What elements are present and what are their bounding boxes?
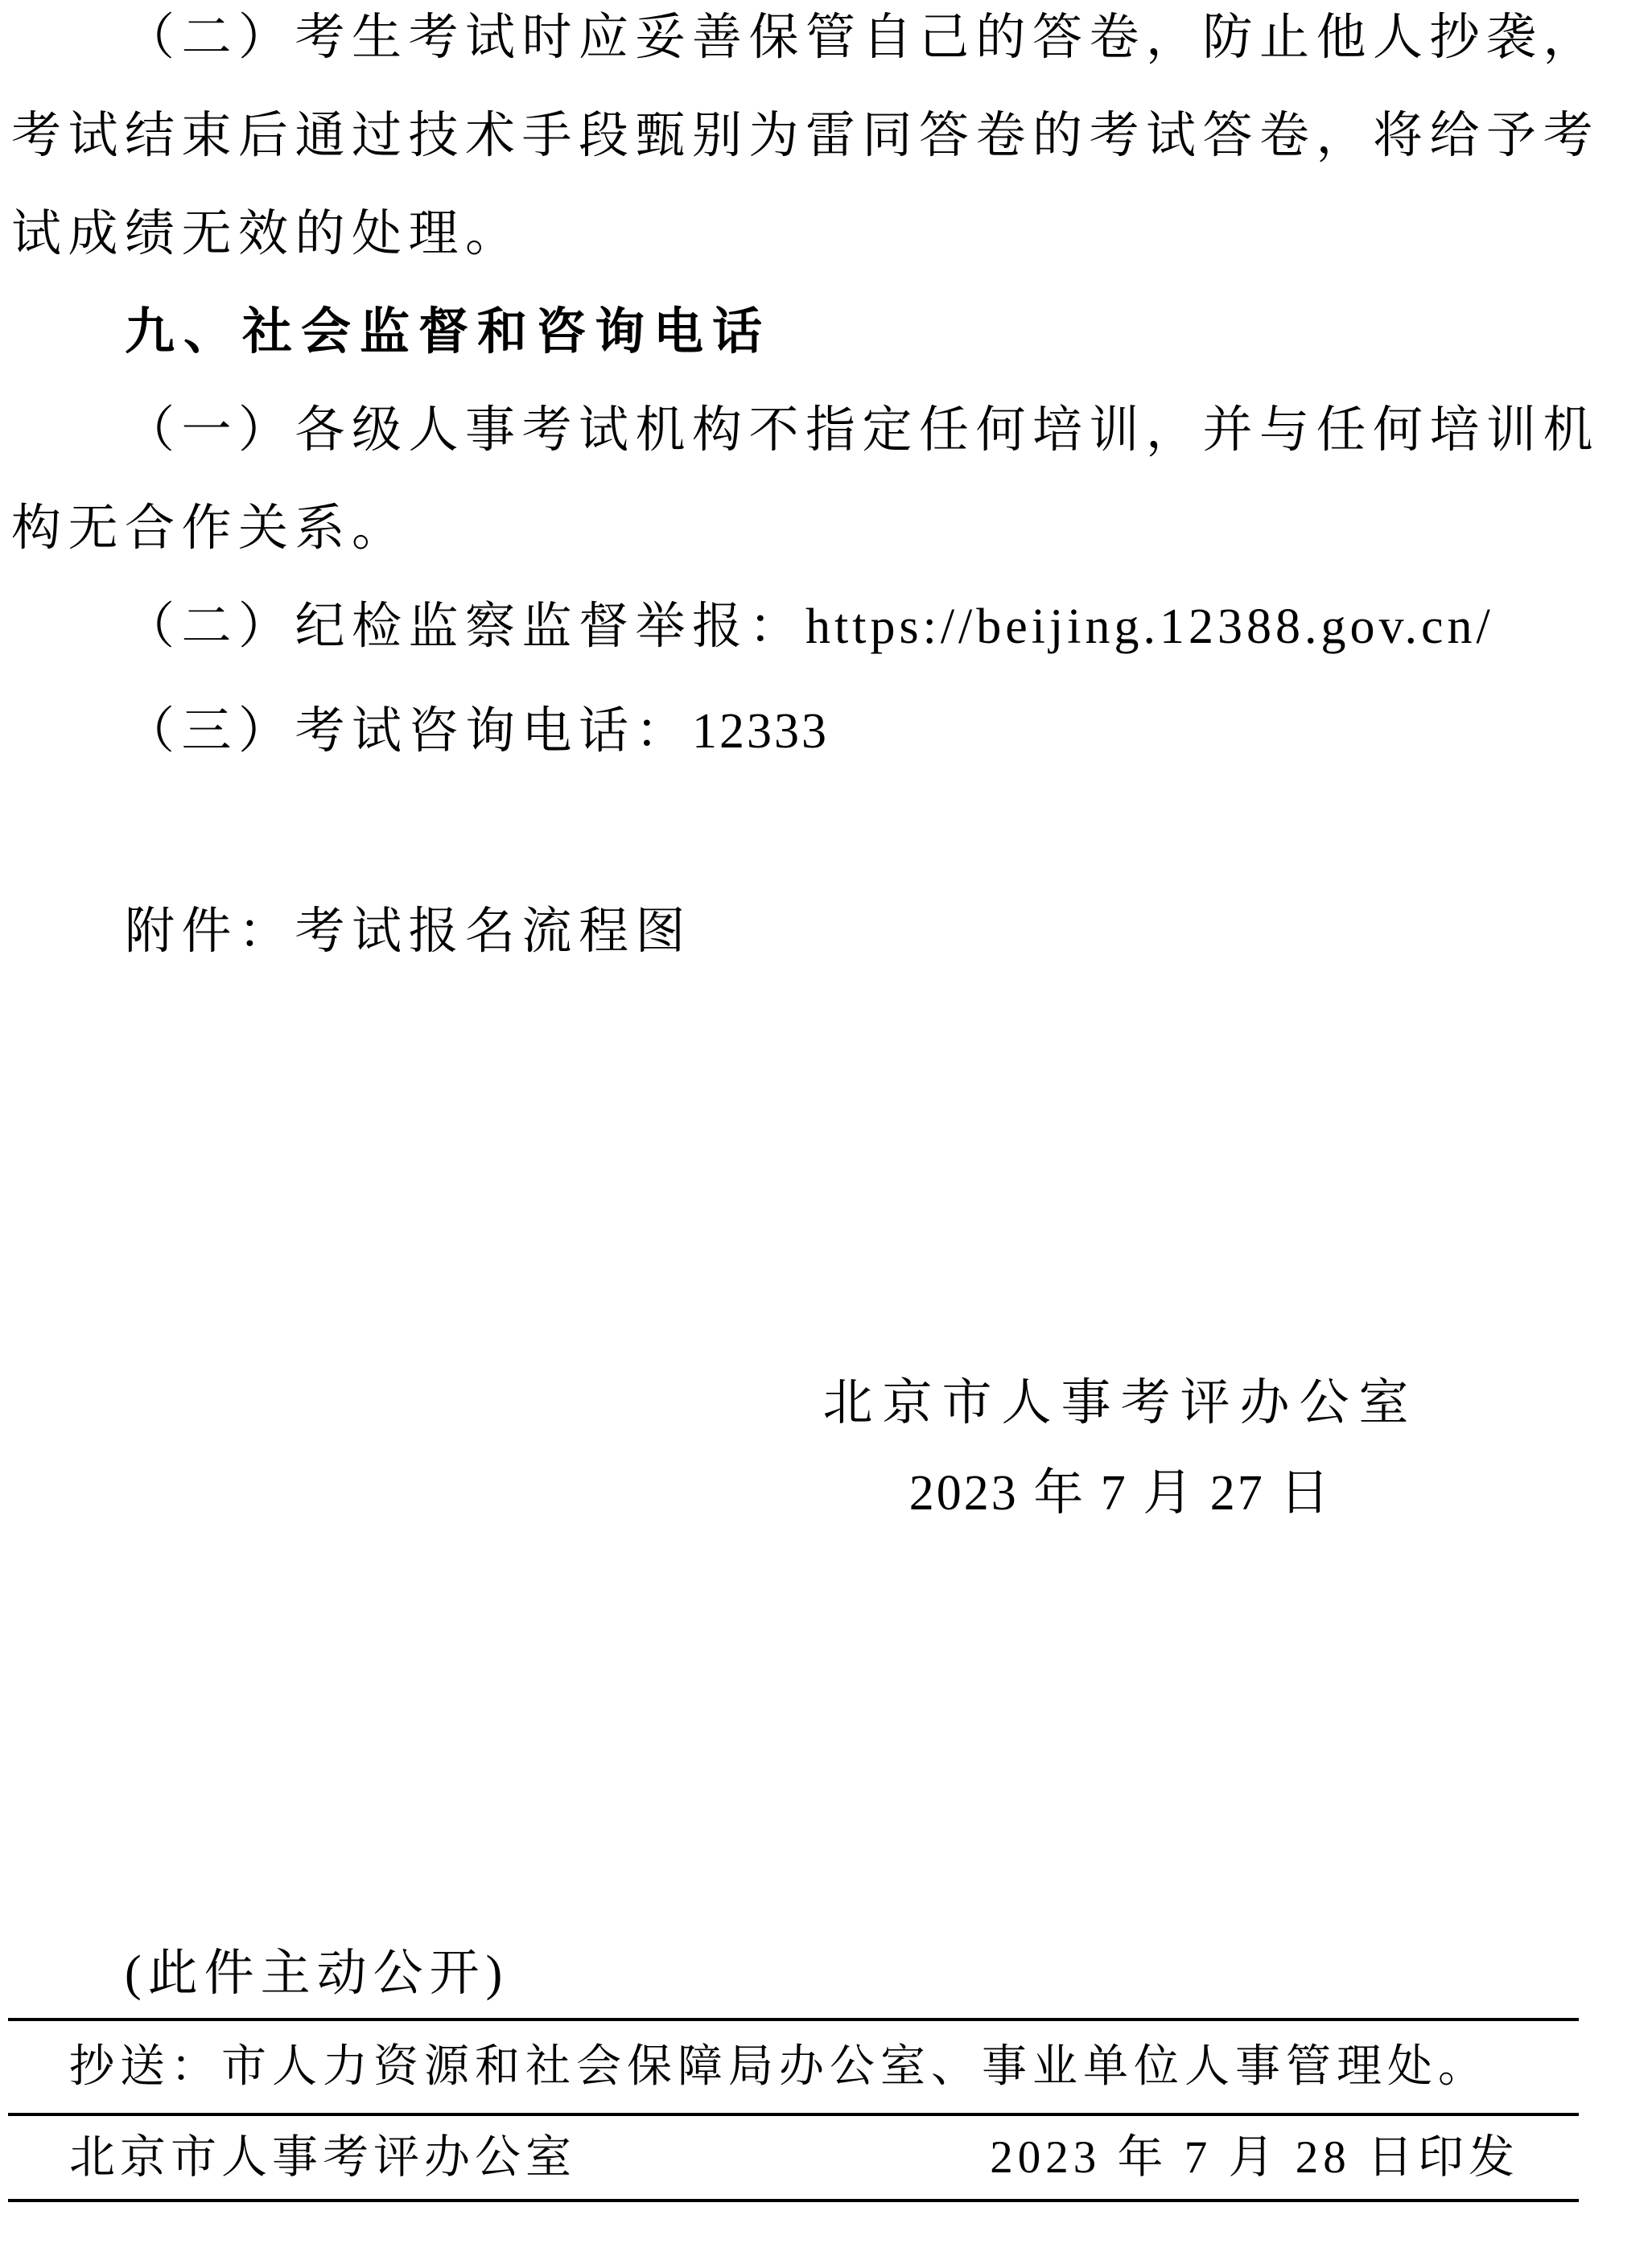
para-answer-sheet-line-1: （二）考生考试时应妥善保管自己的答卷，防止他人抄袭， bbox=[11, 0, 1604, 87]
para-answer-sheet-line-2: 考试结束后通过技术手段甄别为雷同答卷的考试答卷，将给予考 bbox=[11, 87, 1604, 185]
footer-print-date: 2023 年 7 月 28 日印发 bbox=[990, 2116, 1519, 2199]
section-heading: 九、社会监督和咨询电话 bbox=[11, 283, 1604, 381]
para-training-line-1: （一）各级人事考试机构不指定任何培训，并与任何培训机 bbox=[11, 381, 1604, 480]
report-url: https://beijing.12388.gov.cn/ bbox=[805, 599, 1494, 654]
document-body: （二）考生考试时应妥善保管自己的答卷，防止他人抄袭， 考试结束后通过技术手段甄别… bbox=[11, 0, 1604, 981]
footer-rule-bottom bbox=[8, 2199, 1579, 2202]
signature-block: 北京市人事考评办公室 2023 年 7 月 27 日 bbox=[817, 1358, 1424, 1538]
footer-block: 抄送：市人力资源和社会保障局办公室、事业单位人事管理处。 北京市人事考评办公室 … bbox=[8, 2018, 1579, 2202]
signature-date: 2023 年 7 月 27 日 bbox=[817, 1448, 1424, 1538]
phone-number: 12333 bbox=[692, 704, 829, 759]
phone-line: （三）考试咨询电话：12333 bbox=[11, 682, 1604, 780]
para-answer-sheet-line-3: 试成绩无效的处理。 bbox=[11, 185, 1604, 283]
footer-issuer: 北京市人事考评办公室 bbox=[69, 2116, 576, 2199]
report-label: （二）纪检监察监督举报： bbox=[125, 599, 805, 654]
footer-cc-line: 抄送：市人力资源和社会保障局办公室、事业单位人事管理处。 bbox=[8, 2021, 1579, 2113]
attachment-line: 附件：考试报名流程图 bbox=[11, 883, 1604, 981]
signature-org: 北京市人事考评办公室 bbox=[817, 1358, 1424, 1448]
para-training-line-2: 构无合作关系。 bbox=[11, 480, 1604, 578]
phone-label: （三）考试咨询电话： bbox=[125, 704, 692, 759]
footer-issue-row: 北京市人事考评办公室 2023 年 7 月 28 日印发 bbox=[8, 2116, 1579, 2199]
disclosure-note: (此件主动公开) bbox=[11, 1925, 509, 2023]
report-line: （二）纪检监察监督举报：https://beijing.12388.gov.cn… bbox=[11, 578, 1604, 676]
document-page: （二）考生考试时应妥善保管自己的答卷，防止他人抄袭， 考试结束后通过技术手段甄别… bbox=[0, 0, 1652, 2248]
